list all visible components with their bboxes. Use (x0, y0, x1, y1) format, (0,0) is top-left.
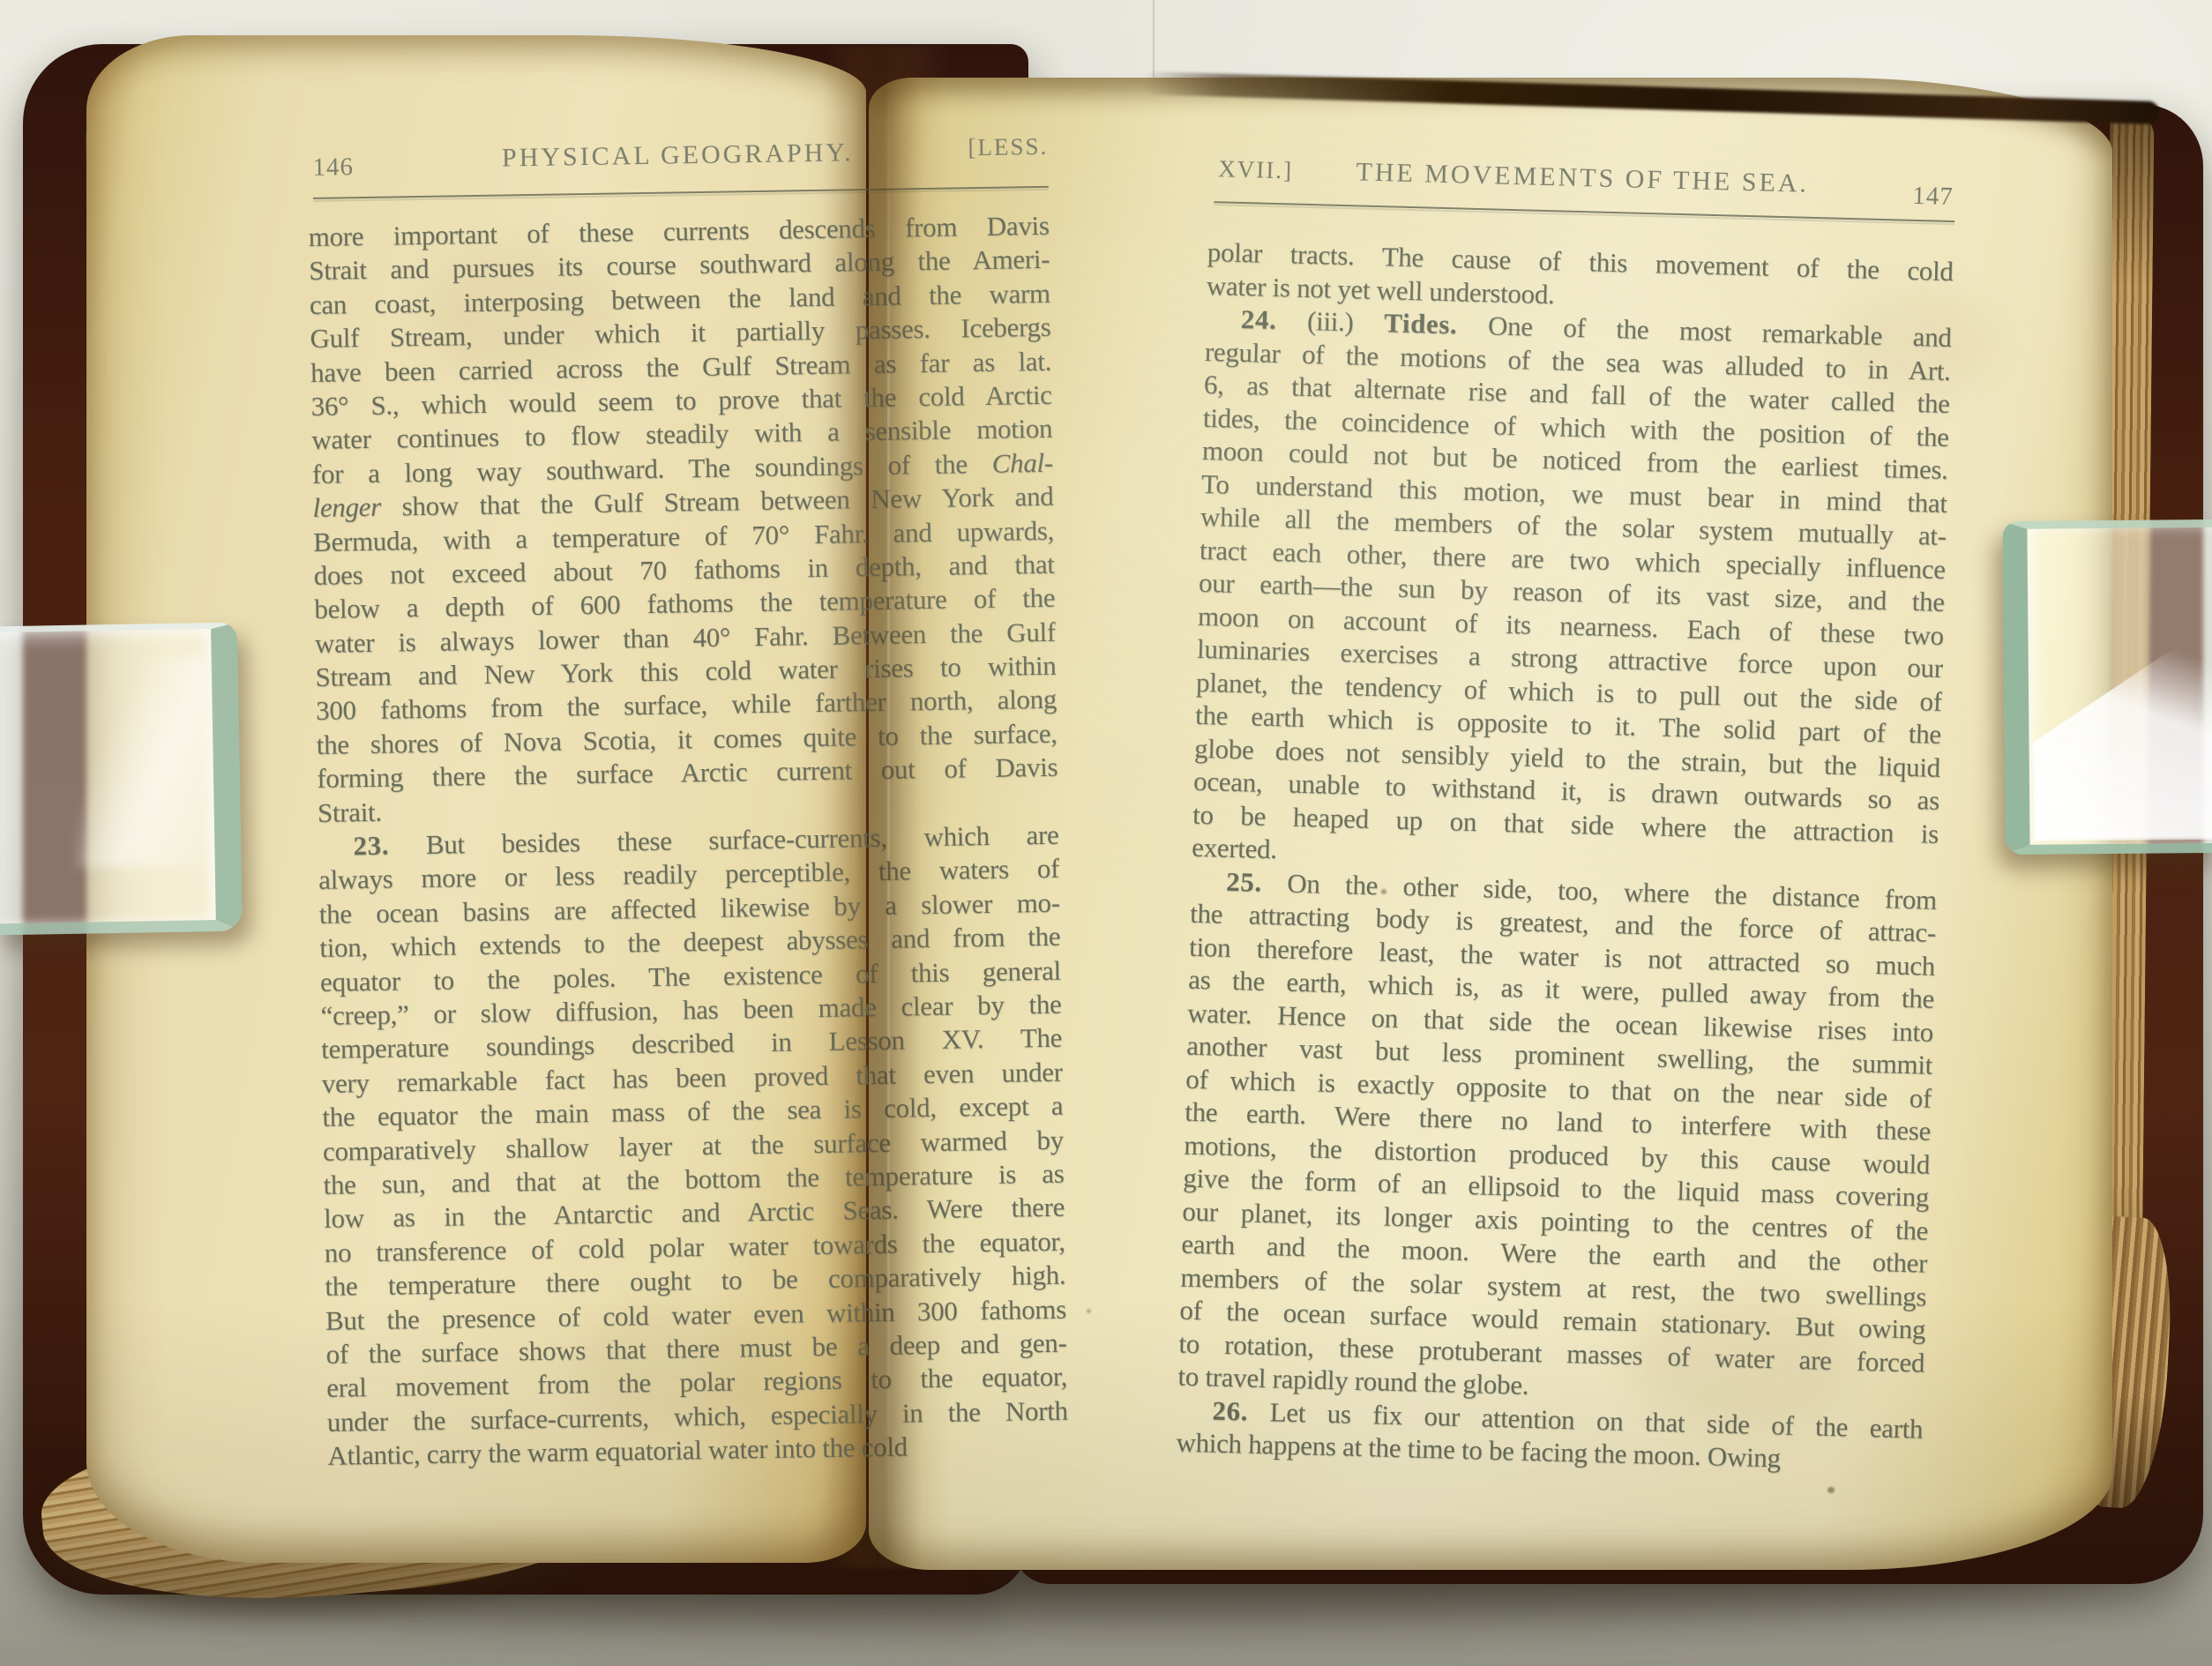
dust-speck (1087, 1309, 1091, 1313)
glass-sheen (72, 655, 209, 867)
glass-paperweight-left[interactable] (0, 623, 243, 936)
chapter-label-right: XVII.] (1218, 155, 1294, 184)
body-text-right: polar tracts. The cause of this movement… (1176, 235, 1954, 1478)
running-title-left: PHYSICAL GEOGRAPHY. (502, 138, 854, 173)
glass-paperweight-right[interactable] (2002, 519, 2212, 855)
photo-scene: 146 PHYSICAL GEOGRAPHY. [LESS. more impo… (0, 0, 2212, 1666)
body-text-left: more important of these currents descend… (308, 209, 1068, 1473)
header-signature-left: [LESS. (968, 133, 1048, 161)
page-number-left: 146 (312, 153, 354, 183)
page-number-right: 147 (1912, 182, 1954, 212)
glass-reflection (2031, 580, 2212, 840)
running-title-right: THE MOVEMENTS OF THE SEA. (1356, 157, 1809, 198)
gutter-shadow (823, 46, 950, 1568)
dust-speck (1827, 1487, 1835, 1493)
dust-speck (1381, 889, 1386, 894)
